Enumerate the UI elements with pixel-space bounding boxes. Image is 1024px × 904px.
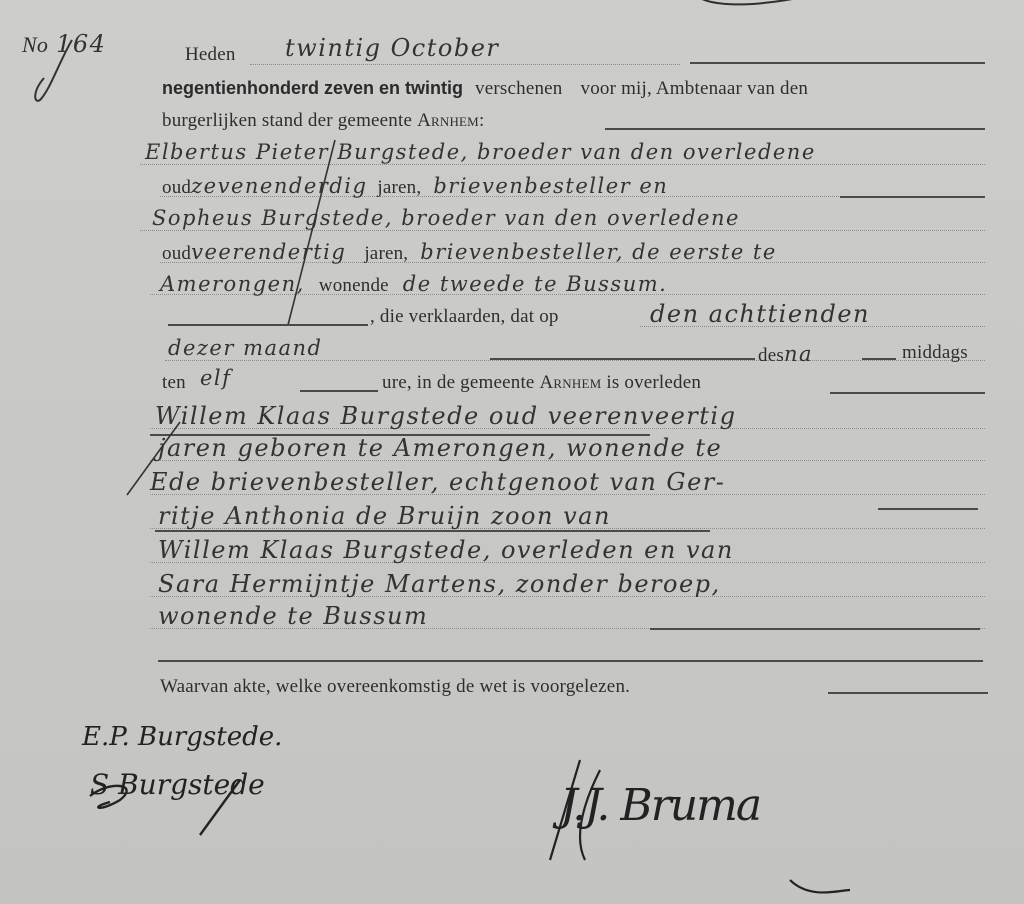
witness2-residence: de tweede te Bussum. xyxy=(403,272,668,296)
death-record-page: No 164 Heden twintig October negentienho… xyxy=(0,0,1024,904)
witness2-occupation: brievenbesteller, de eerste te xyxy=(420,240,777,264)
death-month: dezer maand xyxy=(168,336,323,360)
death-hour: elf xyxy=(200,366,231,390)
municipality-name: Arnhem xyxy=(417,110,479,131)
residence-line: Amerongen, wonende de tweede te Bussum. xyxy=(160,272,667,297)
witness1-name: Elbertus Pieter Burgstede, broeder van d… xyxy=(145,140,816,164)
voor-mij-text: voor mij, Ambtenaar van den xyxy=(581,78,809,99)
na-value: na xyxy=(784,342,813,366)
deceased-line-1: Willem Klaas Burgstede oud veerenveertig xyxy=(155,402,736,430)
deceased-line-4: ritje Anthonia de Bruijn zoon van xyxy=(158,502,611,530)
deceased-line-7: wonende te Bussum xyxy=(158,602,428,630)
jaren-label-2: jaren, xyxy=(364,243,408,264)
oud-label-2: oud xyxy=(162,243,191,264)
witness1-occupation: brievenbesteller en xyxy=(433,174,668,198)
number-flourish xyxy=(30,30,80,100)
witness1-details: oudzevenenderdig jaren, brievenbesteller… xyxy=(162,174,668,199)
oud-label: oud xyxy=(162,177,191,198)
overleden-text: is overleden xyxy=(606,372,701,393)
ink-flourish xyxy=(690,0,810,20)
year-text: negentienhonderd zeven en twintig xyxy=(162,78,463,98)
time-of-day-line: desna xyxy=(758,342,813,367)
burgerlijken-text: burgerlijken stand der gemeente xyxy=(162,110,412,131)
signature-flourish-official xyxy=(540,750,860,900)
die-verklaarden-text: , die verklaarden, dat op xyxy=(370,306,559,328)
year-line: negentienhonderd zeven en twintig versch… xyxy=(162,78,808,100)
closing-statement: Waarvan akte, welke overeenkomstig de we… xyxy=(160,676,630,698)
middags-label: middags xyxy=(902,342,968,364)
verschenen-text: verschenen xyxy=(475,78,562,99)
des-label: des xyxy=(758,345,784,366)
witness2-name: Sopheus Burgstede, broeder van den overl… xyxy=(152,206,740,230)
location-line: ure, in de gemeente Arnhem is overleden xyxy=(382,372,701,394)
date-day-month: twintig October xyxy=(285,34,499,62)
deceased-line-5: Willem Klaas Burgstede, overleden en van xyxy=(158,536,734,564)
deceased-line-3: Ede brievenbesteller, echtgenoot van Ger… xyxy=(150,468,725,496)
death-municipality: Arnhem xyxy=(540,372,602,393)
death-day: den achttienden xyxy=(650,300,870,328)
burgerlijke-stand-line: burgerlijken stand der gemeente Arnhem: xyxy=(162,110,484,132)
ure-text: ure, in de gemeente xyxy=(382,372,535,393)
witness2-details: oudveerendertig jaren, brievenbesteller,… xyxy=(162,240,777,265)
heden-label: Heden xyxy=(185,44,236,66)
ten-label: ten xyxy=(162,372,186,394)
deceased-line-2: jaren geboren te Amerongen, wonende te xyxy=(158,434,722,462)
signature-witness1: E.P. Burgstede. xyxy=(82,722,282,752)
colon: : xyxy=(479,110,484,131)
signature-flourish-witness2 xyxy=(80,760,240,840)
ink-margin-stroke xyxy=(125,420,185,500)
deceased-line-6: Sara Hermijntje Martens, zonder beroep, xyxy=(158,570,721,598)
jaren-label: jaren, xyxy=(377,177,421,198)
ink-strikethrough-stroke xyxy=(280,140,340,330)
